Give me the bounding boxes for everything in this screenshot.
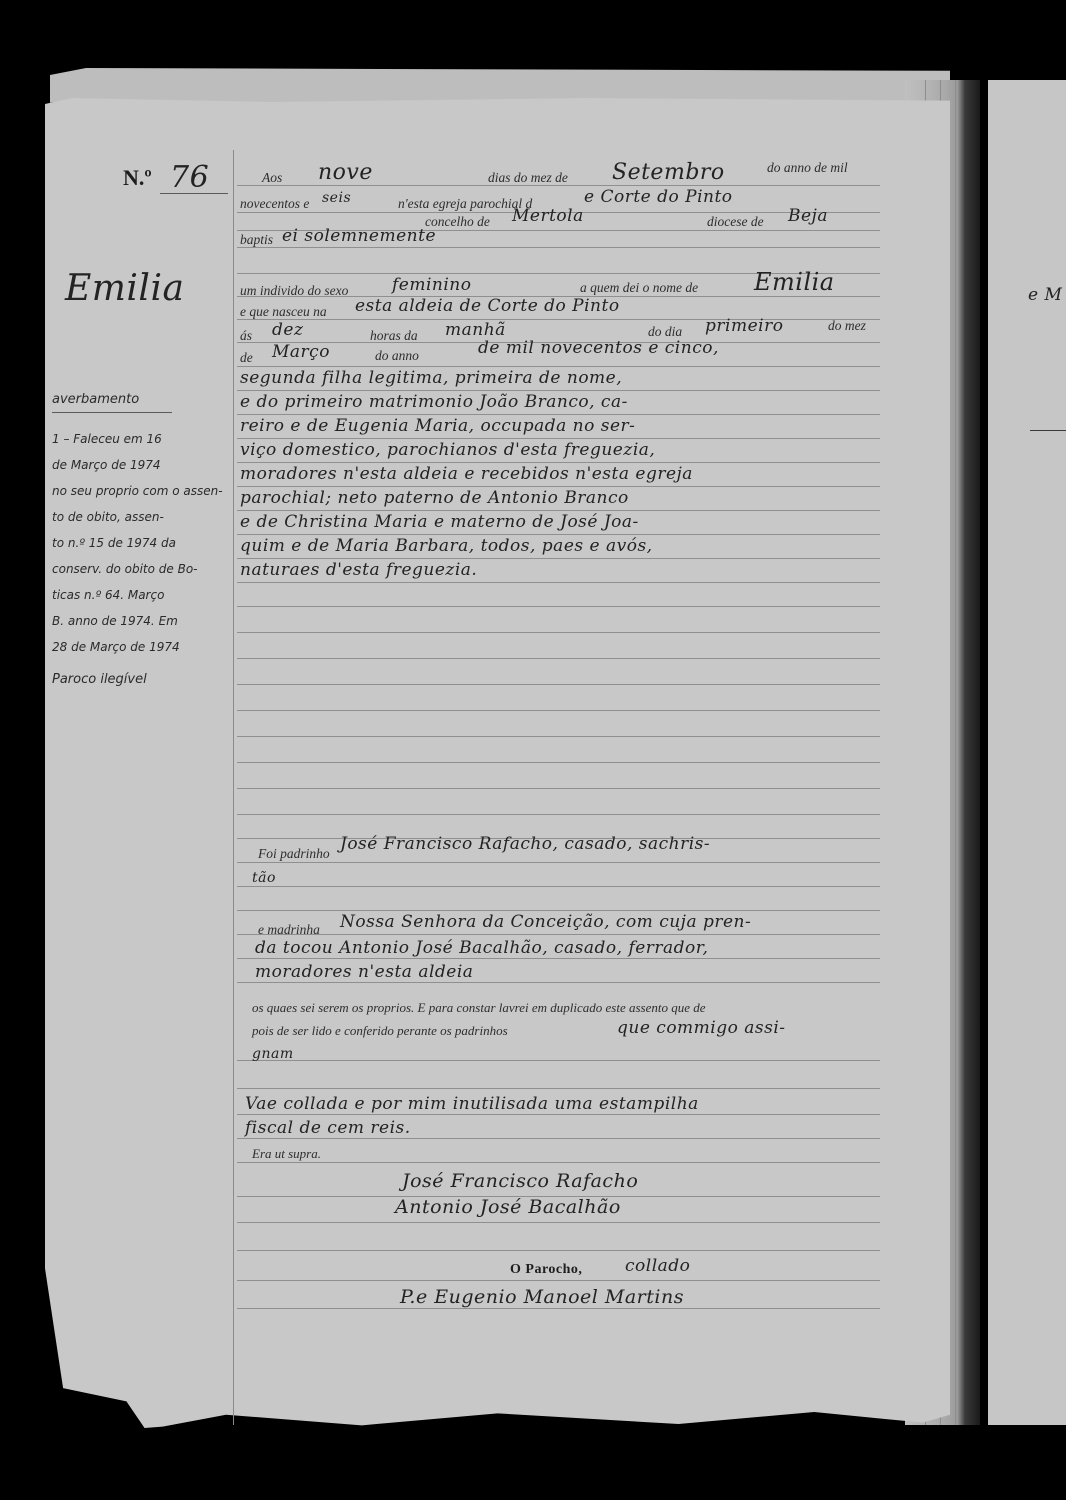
padrinho-cont: tão	[252, 870, 276, 886]
body-handwritten-line: e de Christina Maria e materno de José J…	[240, 512, 639, 532]
ruled-line	[237, 886, 880, 887]
padrinho-label: Foi padrinho	[258, 846, 330, 862]
margin-annotation-line: ticas n.º 64. Março	[52, 588, 164, 602]
closing-handwritten: gnam	[252, 1046, 294, 1062]
ruled-line	[237, 658, 880, 659]
ruled-line	[237, 1138, 880, 1139]
ruled-line	[237, 1162, 880, 1163]
next-page: e M	[988, 80, 1066, 1425]
time-of-day-value: manhã	[445, 320, 506, 340]
margin-name: Emilia	[65, 268, 184, 309]
margin-annotation-line: 28 de Março de 1974	[52, 640, 180, 654]
ruled-line	[237, 1280, 880, 1281]
ruled-line	[237, 1114, 880, 1115]
closing-handwritten: que commigo assi-	[617, 1018, 786, 1038]
concelho-value: Mertola	[512, 206, 584, 226]
printed-text: baptis	[240, 232, 273, 248]
parocho-note: collado	[625, 1256, 690, 1276]
ruled-line	[237, 684, 880, 685]
entry-number: 76	[170, 160, 209, 195]
ruled-line	[237, 958, 880, 959]
ruled-line	[237, 1308, 880, 1309]
stamp-note: Vae collada e por mim inutilisada uma es…	[245, 1094, 699, 1114]
printed-text: ás	[240, 328, 252, 344]
month-value: Setembro	[612, 160, 725, 185]
ruled-line	[237, 1088, 880, 1089]
birth-month-value: Março	[272, 342, 330, 362]
parocho-label: O Parocho,	[510, 1262, 582, 1278]
stamp-note: fiscal de cem reis.	[245, 1118, 411, 1138]
diocese-value: Beja	[788, 206, 828, 226]
body-handwritten-line: reiro e de Eugenia Maria, occupada no se…	[240, 416, 635, 436]
margin-annotation-line: to n.º 15 de 1974 da	[52, 536, 176, 550]
next-page-rule	[1030, 430, 1066, 431]
ruled-line	[237, 366, 880, 367]
year-value: seis	[322, 190, 351, 206]
ruled-line	[237, 1250, 880, 1251]
ruled-line	[237, 736, 880, 737]
ruled-line	[237, 319, 880, 320]
parish-value: e Corte do Pinto	[584, 187, 733, 207]
era-ut-supra: Era ut supra.	[252, 1146, 321, 1162]
signature-procurator: Antonio José Bacalhão	[395, 1196, 621, 1218]
ruled-line	[237, 534, 880, 535]
ruled-line	[237, 762, 880, 763]
printed-text: do mez	[828, 318, 866, 334]
printed-text: Aos	[262, 170, 282, 186]
padrinho-value: José Francisco Rafacho, casado, sachris-	[340, 834, 710, 854]
printed-text: novecentos e	[240, 196, 309, 212]
printed-text: do anno de mil	[767, 160, 848, 176]
margin-rule	[233, 150, 234, 1425]
ruled-line	[237, 558, 880, 559]
margin-annotation-underline	[52, 412, 172, 413]
ruled-line	[237, 390, 880, 391]
body-handwritten-line: quim e de Maria Barbara, todos, paes e a…	[240, 536, 653, 556]
ruled-line	[237, 1222, 880, 1223]
printed-text: a quem dei o nome de	[580, 280, 698, 296]
leaf-edge	[955, 80, 956, 1425]
margin-annotation-signature: Paroco ilegível	[52, 672, 147, 687]
ruled-line	[237, 510, 880, 511]
ruled-line	[237, 632, 880, 633]
child-name-value: Emilia	[754, 268, 835, 296]
madrinha-value: Nossa Senhora da Conceição, com cuja pre…	[340, 912, 751, 932]
sex-value: feminino	[392, 275, 471, 295]
ruled-line	[237, 486, 880, 487]
ruled-line	[237, 934, 880, 935]
margin-annotation-line: conserv. do obito de Bo-	[52, 562, 198, 576]
printed-text: do anno	[375, 348, 419, 364]
ruled-line	[237, 910, 880, 911]
next-page-fragment: e M	[1028, 285, 1062, 305]
madrinha-value: moradores n'esta aldeia	[255, 962, 473, 982]
birth-year-value: de mil novecentos e cinco,	[478, 338, 719, 358]
closing-printed: os quaes sei serem os proprios. E para c…	[252, 1000, 706, 1016]
printed-text: de	[240, 350, 253, 366]
printed-text: e que nasceu na	[240, 304, 327, 320]
entry-number-label: N.º	[123, 165, 152, 191]
page-top-edge	[50, 68, 950, 103]
body-handwritten-line: viço domestico, parochianos d'esta fregu…	[240, 440, 655, 460]
day-value: nove	[318, 160, 373, 185]
madrinha-value: da tocou Antonio José Bacalhão, casado, …	[255, 938, 708, 958]
ruled-line	[237, 982, 880, 983]
baptism-type-value: ei solemnemente	[282, 226, 436, 246]
body-handwritten-line: moradores n'esta aldeia e recebidos n'es…	[240, 464, 693, 484]
ruled-line	[237, 438, 880, 439]
margin-annotation-line: de Março de 1974	[52, 458, 161, 472]
birthplace-value: esta aldeia de Corte do Pinto	[355, 296, 620, 316]
margin-annotation-line: B. anno de 1974. Em	[52, 614, 178, 628]
printed-text: horas da	[370, 328, 418, 344]
printed-text: dias do mez de	[488, 170, 568, 186]
ruled-line	[237, 247, 880, 248]
ruled-line	[237, 710, 880, 711]
body-handwritten-line: naturaes d'esta freguezia.	[240, 560, 477, 580]
ruled-line	[237, 414, 880, 415]
ruled-line	[237, 606, 880, 607]
ruled-line	[237, 582, 880, 583]
ruled-line	[237, 462, 880, 463]
body-handwritten-line: e do primeiro matrimonio João Branco, ca…	[240, 392, 628, 412]
body-handwritten-line: segunda filha legitima, primeira de nome…	[240, 368, 622, 388]
ruled-line	[237, 862, 880, 863]
printed-text: um individo do sexo	[240, 283, 348, 299]
margin-annotation-heading: averbamento	[52, 392, 139, 407]
margin-annotation-line: no seu proprio com o assen-	[52, 484, 223, 498]
entry-number-underline	[160, 193, 228, 194]
printed-text: diocese de	[707, 214, 764, 230]
hour-value: dez	[272, 320, 303, 340]
margin-annotation-line: 1 – Faleceu em 16	[52, 432, 162, 446]
ruled-line	[237, 814, 880, 815]
closing-printed: pois de ser lido e conferido perante os …	[252, 1023, 508, 1039]
ruled-line	[237, 788, 880, 789]
ruled-line	[237, 1060, 880, 1061]
parocho-signature: P.e Eugenio Manoel Martins	[400, 1286, 684, 1308]
signature-padrinho: José Francisco Rafacho	[402, 1170, 638, 1192]
madrinha-label: e madrinha	[258, 922, 320, 938]
margin-annotation-line: to de obito, assen-	[52, 510, 164, 524]
birth-day-value: primeiro	[705, 316, 783, 336]
body-handwritten-line: parochial; neto paterno de Antonio Branc…	[240, 488, 629, 508]
